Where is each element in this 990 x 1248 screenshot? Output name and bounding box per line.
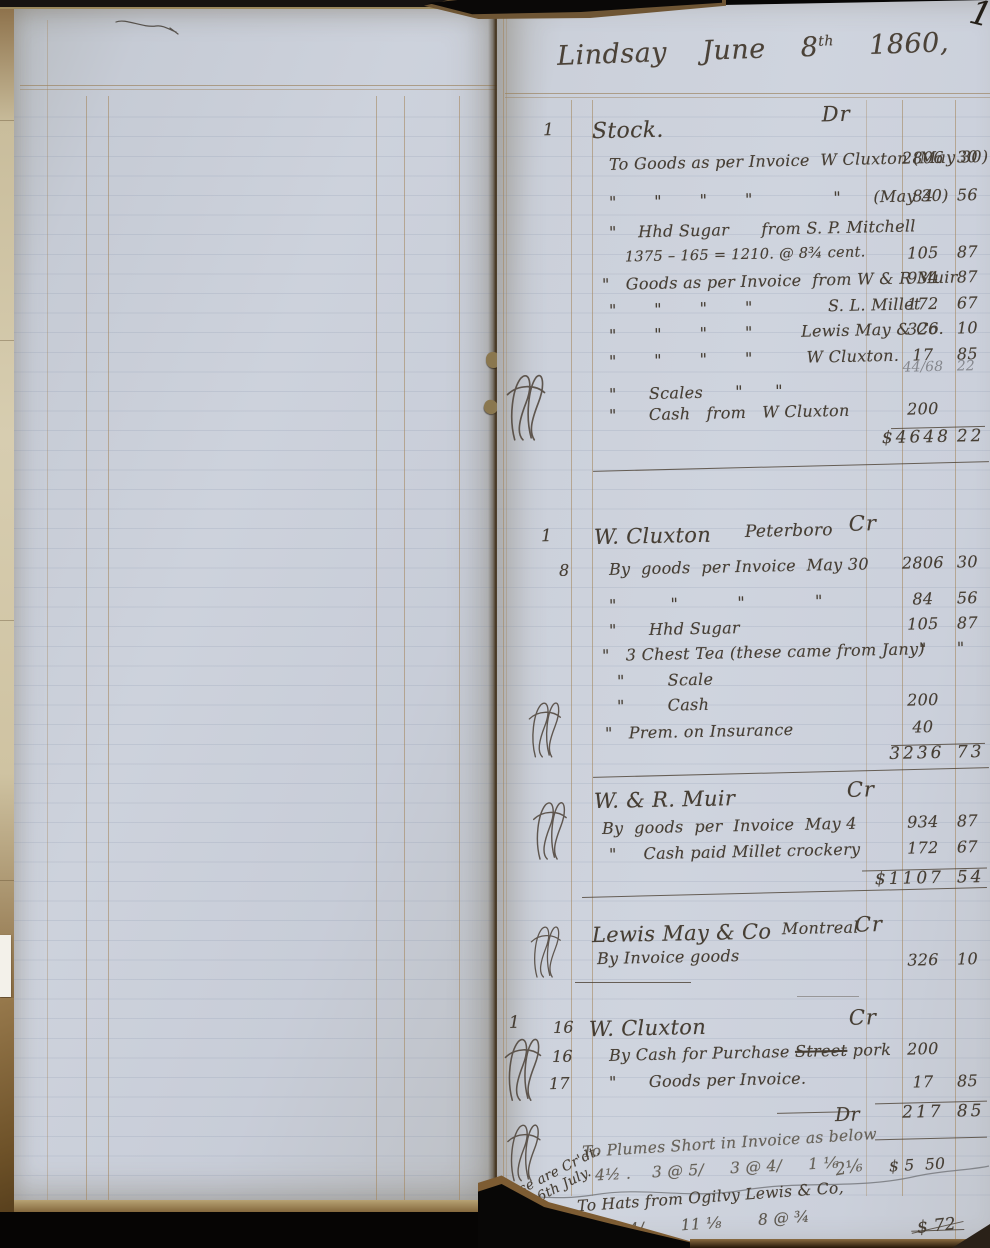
posting-mark-icon [531, 786, 567, 878]
amount-rule [875, 1137, 987, 1141]
folio-number: 1 [509, 1013, 521, 1033]
left-blank-page [14, 6, 498, 1206]
posting-mark-icon [503, 1122, 543, 1186]
heading-place: Lindsay [557, 37, 668, 72]
entry-cents: 30 [957, 552, 987, 572]
total-dollars: $4648 [882, 427, 946, 448]
entry-dollars: 172 [895, 838, 951, 858]
entry-date: 17 [549, 1074, 570, 1093]
section-rule [593, 461, 989, 472]
entry-cents: 87 [957, 267, 987, 287]
posting-mark-icon [501, 1036, 543, 1106]
page-edge-line [0, 340, 14, 341]
struck-word: Street [795, 1041, 848, 1061]
scan-bottom-edge [0, 1212, 500, 1248]
account-title: Lewis May & Co [592, 919, 772, 947]
pencil-cents: 22 [957, 358, 987, 375]
page-edge-line [0, 120, 14, 121]
entry-dollars: " [895, 639, 951, 659]
entry-dollars: 934 [895, 268, 951, 288]
entry-cents: " [957, 638, 987, 658]
debit-credit-label: Cr [849, 1005, 878, 1030]
entry-dollars: 84 [895, 186, 951, 206]
entry-dollars: 105 [895, 614, 951, 634]
entry-dollars: 2806 [895, 553, 951, 573]
entry-cents: 87 [957, 811, 987, 831]
total-cents: 22 [957, 426, 987, 447]
heading-day: 8th [800, 31, 834, 63]
pencil-dollars: 44/68 [895, 359, 951, 376]
heading-month: June [702, 34, 767, 67]
header-rule [20, 89, 498, 90]
page-edge-line [0, 880, 14, 881]
page-edge-line [0, 620, 14, 621]
total-cents: 73 [957, 742, 987, 763]
entry-dollars: 200 [895, 399, 951, 419]
column-rule [108, 96, 109, 1200]
entry-dollars: 84 [895, 589, 951, 609]
entry-cents: 67 [957, 837, 987, 857]
account-title: W. & R. Muir [594, 786, 736, 813]
entry-cents: 67 [957, 293, 987, 313]
entry-dollars: 2806 [895, 148, 951, 168]
entry-dollars: 200 [895, 690, 951, 710]
posting-mark-icon [503, 372, 547, 446]
entry-description: By Cash for Purchase Street pork [609, 1040, 892, 1065]
debit-credit-label: Cr [855, 912, 884, 937]
debit-credit-label: Cr [849, 511, 878, 536]
entry-cents: 87 [957, 613, 987, 633]
entry-dollars: 200 [895, 1039, 951, 1059]
header-rule [505, 93, 990, 94]
entry-cents: 56 [957, 588, 987, 608]
column-rule [404, 96, 405, 1200]
posting-mark-icon [525, 700, 563, 762]
entry-cents: 85 [957, 1071, 987, 1091]
entry-dollars: 40 [895, 717, 951, 737]
entry-dollars: 934 [895, 812, 951, 832]
entry-description: " " " " [609, 591, 823, 614]
column-rule [459, 96, 460, 1200]
ledger-book-scan: Lindsay June 8th 1860, 1 Stock. Dr To Go… [0, 0, 990, 1248]
singed-edge [690, 1239, 990, 1248]
entry-dollars: 17 [895, 1072, 951, 1092]
entry-description: " Cash paid Millet crockery [609, 840, 861, 864]
account-title: W. Cluxton [594, 523, 712, 549]
pen-scribble-icon [112, 14, 182, 40]
entry-description: By goods per Invoice May 30 [609, 554, 869, 578]
debit-credit-label: Cr [847, 777, 876, 802]
folio-number: 1 [541, 526, 553, 546]
entry-dollars: 172 [895, 294, 951, 314]
column-rule [376, 96, 377, 1200]
entry-cents: 10 [957, 949, 987, 969]
right-ledger-page: Lindsay June 8th 1860, 1 Stock. Dr To Go… [497, 0, 990, 1248]
entry-description: " Scales " " [609, 381, 783, 404]
folio-number: 1 [543, 120, 555, 140]
posting-mark-icon [529, 922, 561, 984]
entry-description: " Hhd Sugar from S. P. Mitchell [609, 216, 916, 241]
entry-dollars: 105 [895, 243, 951, 263]
account-place: Peterboro [745, 520, 833, 542]
entry-description: " Cash from W Cluxton [609, 401, 850, 425]
debit-credit-label: Dr [821, 102, 850, 127]
section-rule [575, 982, 691, 983]
account-place: Montreal [782, 918, 859, 939]
entry-cents: 10 [957, 318, 987, 338]
entry-date: 16 [552, 1047, 573, 1066]
total-dollars: $1107 [875, 868, 943, 889]
entry-cents: 56 [957, 185, 987, 205]
page-marker-tab [0, 935, 11, 997]
entry-description: " Scale [617, 670, 714, 691]
entry-description: " Goods per Invoice. [609, 1069, 807, 1092]
total-dollars: 217 [895, 1102, 951, 1123]
total-dollars: 3236 [887, 743, 947, 764]
entry-description: " Prem. on Insurance [605, 720, 794, 743]
entry-dollars: 326 [895, 319, 951, 339]
entry-cents: 30 [957, 147, 987, 167]
entry-date: 16 [553, 1018, 574, 1037]
scan-top-edge [0, 0, 497, 9]
entry-description: " Hhd Sugar [609, 618, 740, 640]
entry-description: By Invoice goods [597, 946, 740, 968]
pencil-rule [797, 996, 859, 997]
total-cents: 85 [957, 1101, 987, 1122]
entry-dollars: 326 [895, 950, 951, 970]
entry-cents: 87 [957, 242, 987, 262]
header-rule [20, 85, 498, 86]
account-title: Stock. [592, 118, 664, 144]
total-cents: 54 [957, 867, 987, 888]
page-heading: Lindsay June 8th 1860, [557, 27, 950, 72]
entry-description: By goods per Invoice May 4 [602, 814, 857, 838]
entry-description: " Cash [617, 695, 710, 716]
heading-year: 1860, [869, 27, 950, 61]
account-title: W. Cluxton [589, 1015, 707, 1041]
entry-date: 8 [559, 561, 570, 580]
debit-credit-label: Dr [835, 1104, 860, 1127]
note-hats-amount: $ 72 [916, 1214, 957, 1238]
header-rule [505, 97, 990, 98]
column-rule [47, 20, 48, 1200]
column-rule [86, 96, 87, 1200]
